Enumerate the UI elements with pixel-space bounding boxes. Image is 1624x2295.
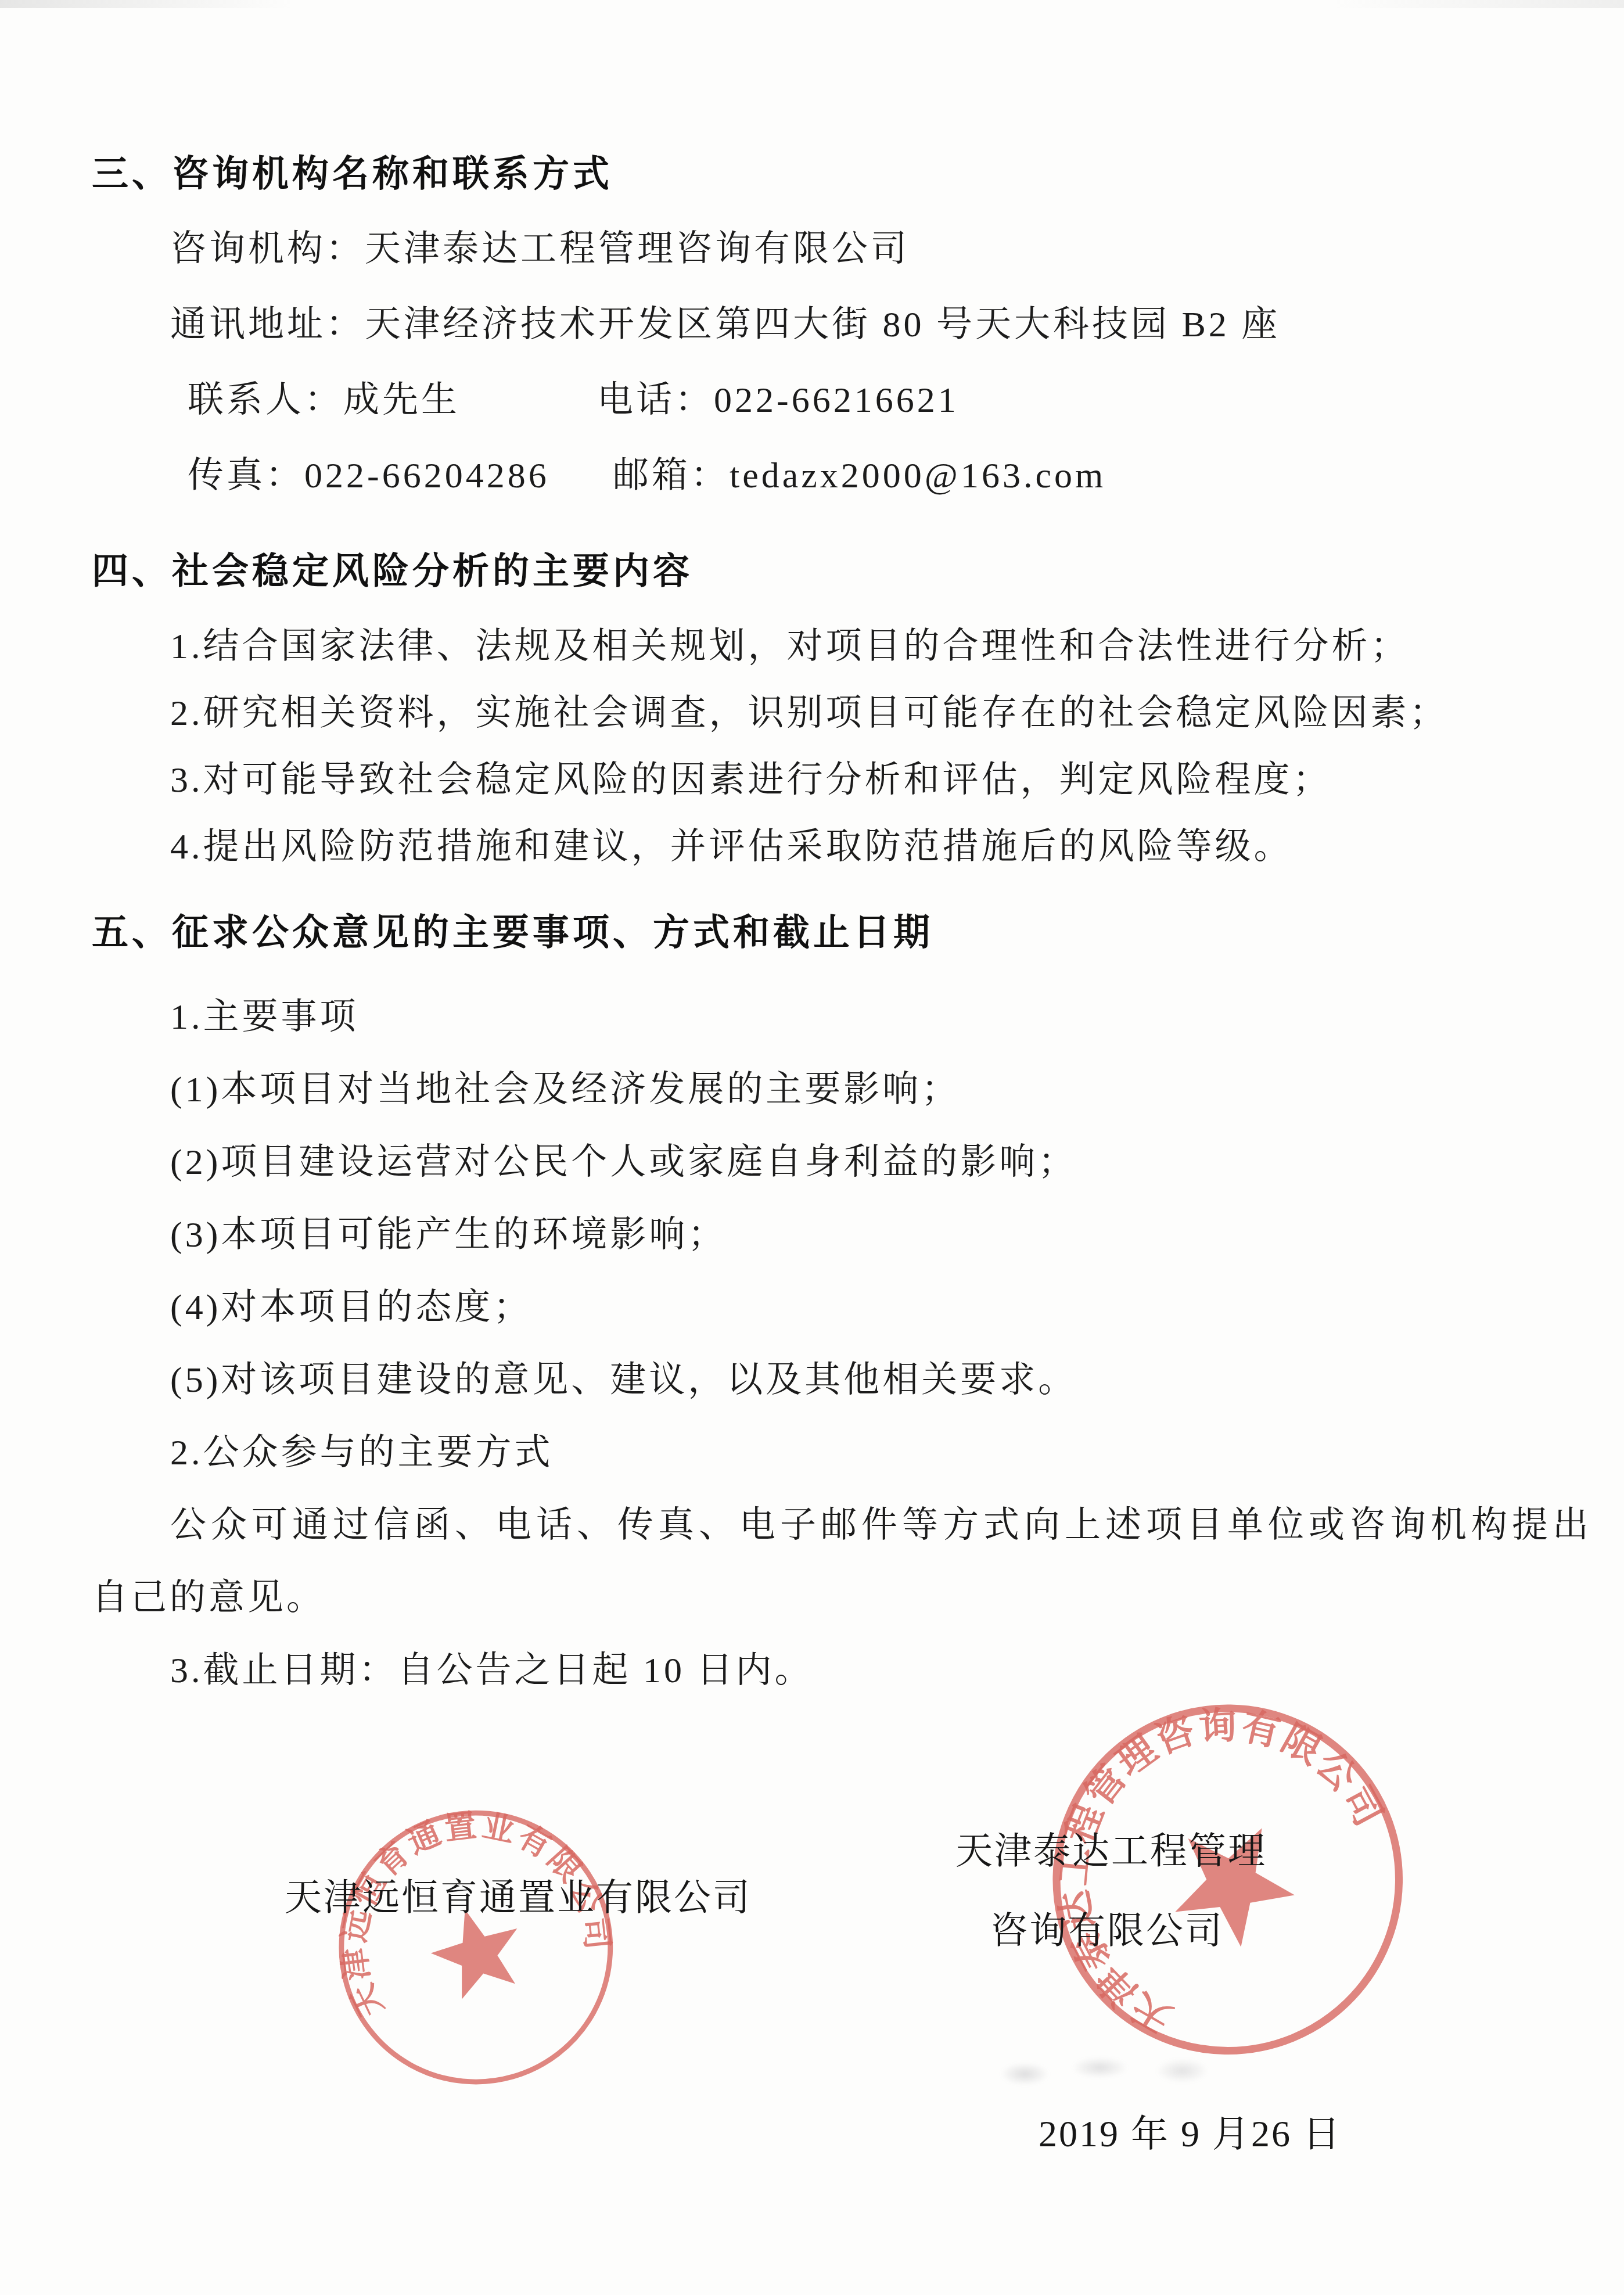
main-matters-subheading: 1.主要事项 (170, 999, 359, 1035)
section-five-heading: 五、征求公众意见的主要事项、方式和截止日期 (92, 914, 933, 951)
consulting-org-line: 咨询机构：天津泰达工程管理咨询有限公司 (170, 231, 910, 267)
left-seal-graphic: 天津远恒育通置业有限公司 (271, 1708, 680, 2187)
left-company-signature: 天津远恒育通置业有限公司 (285, 1867, 752, 1921)
risk-item-3: 3.对可能导致社会稳定风险的因素进行分析和评估，判定风险程度； (170, 762, 1332, 798)
opinion-item-1: (1)本项目对当地社会及经济发展的主要影响； (170, 1072, 960, 1108)
phone-number: 电话：022-66216621 (597, 382, 959, 418)
scan-edge-artifact (0, 0, 1624, 8)
scan-ghost-artifact (987, 2039, 1237, 2103)
address-line: 通讯地址：天津经济技术开发区第四大街 80 号天大科技园 B2 座 (170, 307, 1280, 343)
risk-item-4: 4.提出风险防范措施和建议，并评估采取防范措施后的风险等级。 (170, 829, 1293, 865)
opinion-item-2: (2)项目建设运营对公民个人或家庭自身利益的影响； (170, 1144, 1077, 1180)
signature-date: 2019 年 9 月26 日 (1039, 2104, 1342, 2157)
opinion-item-5: (5)对该项目建设的意见、建议，以及其他相关要求。 (170, 1362, 1077, 1398)
participation-paragraph-line1: 公众可通过信函、电话、传真、电子邮件等方式向上述项目单位或咨询机构提出 (170, 1507, 1593, 1543)
section-four-heading: 四、社会稳定风险分析的主要内容 (92, 553, 693, 590)
opinion-item-3: (3)本项目可能产生的环境影响； (170, 1217, 727, 1253)
deadline-subheading: 3.截止日期：自公告之日起 10 日内。 (170, 1653, 814, 1689)
contact-person: 联系人：成先生 (188, 382, 460, 418)
opinion-item-4: (4)对本项目的态度； (170, 1290, 532, 1326)
section-three-heading: 三、咨询机构名称和联系方式 (92, 156, 613, 192)
right-company-signature-line2: 咨询有限公司 (990, 1901, 1224, 1954)
participation-subheading: 2.公众参与的主要方式 (170, 1435, 554, 1471)
participation-paragraph-line2: 自己的意见。 (92, 1580, 325, 1616)
left-company-seal: 天津远恒育通置业有限公司 (271, 1708, 681, 2190)
scanned-document-page: 三、咨询机构名称和联系方式 咨询机构：天津泰达工程管理咨询有限公司 通讯地址：天… (0, 0, 1624, 2295)
fax-number: 传真：022-66204286 (188, 458, 549, 494)
email-address: 邮箱：tedazx2000@163.com (613, 458, 1106, 494)
right-company-signature-line1: 天津泰达工程管理 (955, 1821, 1267, 1874)
risk-item-2: 2.研究相关资料，实施社会调查，识别项目可能存在的社会稳定风险因素； (170, 695, 1449, 731)
risk-item-1: 1.结合国家法律、法规及相关规划，对项目的合理性和合法性进行分析； (170, 628, 1410, 665)
